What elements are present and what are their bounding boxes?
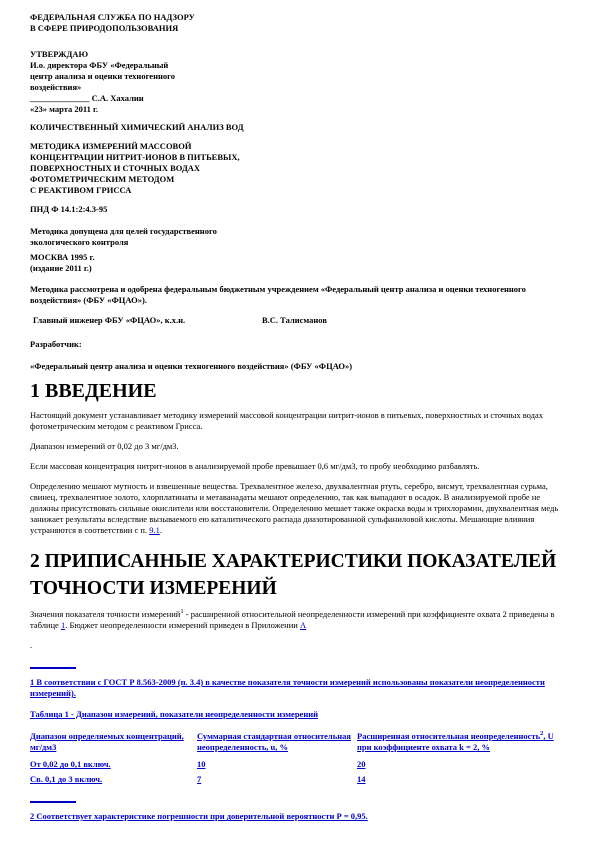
section-1-paragraph-dilution: Если массовая концентрация нитрит-ионов … — [30, 461, 569, 472]
section-1-paragraph-scope: Настоящий документ устанавливает методик… — [30, 410, 569, 432]
table-row-2-U-link[interactable]: 14 — [357, 774, 366, 784]
interferences-period: . — [160, 525, 162, 535]
agency-masthead: ФЕДЕРАЛЬНАЯ СЛУЖБА ПО НАДЗОРУ В СФЕРЕ ПР… — [30, 12, 569, 34]
table-row-2-u-link[interactable]: 7 — [197, 774, 201, 784]
table-row-1-u-link[interactable]: 10 — [197, 759, 206, 769]
table-col2-header: Суммарная стандартная относительная неоп… — [197, 729, 357, 757]
standalone-period: . — [30, 640, 569, 651]
document-page: ФЕДЕРАЛЬНАЯ СЛУЖБА ПО НАДЗОРУ В СФЕРЕ ПР… — [0, 0, 595, 842]
engineer-name: В.С. Талисманов — [262, 315, 327, 326]
agency-line-2: В СФЕРЕ ПРИРОДОПОЛЬЗОВАНИЯ — [30, 23, 569, 34]
table-row-1-U-link[interactable]: 20 — [357, 759, 366, 769]
table-row-1-range-link[interactable]: От 0,02 до 0,1 включ. — [30, 759, 111, 769]
annex-a-link[interactable]: А — [300, 620, 306, 630]
table-row-1-U: 20 — [357, 757, 569, 772]
footnote-2-link[interactable]: 2 Соответствует характеристике погрешнос… — [30, 811, 368, 821]
interferences-text: Определению мешают мутность и взвешенные… — [30, 481, 558, 535]
table-row-2-U: 14 — [357, 772, 569, 787]
title-line-5: С РЕАКТИВОМ ГРИССА — [30, 185, 569, 196]
section-1-heading: 1 ВВЕДЕНИЕ — [30, 379, 569, 403]
footnote-separator-2 — [30, 801, 76, 803]
table-col1-header-link[interactable]: Диапазон определяемых концентраций, мг/д… — [30, 731, 184, 752]
table-row-2-range: Св. 0,1 до 3 включ. — [30, 772, 197, 787]
approval-date: «23» марта 2011 г. — [30, 104, 569, 115]
analysis-type: КОЛИЧЕСТВЕННЫЙ ХИМИЧЕСКИЙ АНАЛИЗ ВОД — [30, 122, 569, 133]
engineer-role: Главный инженер ФБУ «ФЦАО», к.х.н. — [30, 315, 262, 326]
table-row-2-range-link[interactable]: Св. 0,1 до 3 включ. — [30, 774, 102, 784]
table-col2-header-link[interactable]: Суммарная стандартная относительная неоп… — [197, 731, 351, 752]
accuracy-text-c: . Бюджет неопределенности измерений прив… — [65, 620, 300, 630]
table-1-caption: Таблица 1 - Диапазон измерений, показате… — [30, 709, 569, 720]
review-note: Методика рассмотрена и одобрена федераль… — [30, 284, 569, 306]
approval-title: УТВЕРЖДАЮ — [30, 49, 569, 60]
publication-city: МОСКВА 1995 г. — [30, 252, 569, 263]
permission-line-1: Методика допущена для целей государствен… — [30, 226, 569, 237]
approval-line-1: И.о. директора ФБУ «Федеральный — [30, 60, 569, 71]
footnote-1: 1 В соответствии с ГОСТ Р 8.563-2009 (п.… — [30, 677, 569, 699]
engineer-signature-row: Главный инженер ФБУ «ФЦАО», к.х.н. В.С. … — [30, 315, 569, 326]
developer-label: Разработчик: — [30, 339, 569, 350]
approval-block: УТВЕРЖДАЮ И.о. директора ФБУ «Федеральны… — [30, 49, 569, 115]
approval-signature: ______________ С.А. Хахалин — [30, 93, 569, 104]
table-row-2-u: 7 — [197, 772, 357, 787]
table-col3-header-text: Расширенная относительная неопределеннос… — [357, 731, 540, 741]
section-2-heading: 2 ПРИПИСАННЫЕ ХАРАКТЕРИСТИКИ ПОКАЗАТЕЛЕЙ… — [30, 548, 569, 602]
accuracy-text-a: Значения показателя точности измерений — [30, 609, 180, 619]
permission-note: Методика допущена для целей государствен… — [30, 226, 569, 248]
section-2-paragraph-accuracy: Значения показателя точности измерений1 … — [30, 609, 569, 631]
title-line-2: КОНЦЕНТРАЦИИ НИТРИТ-ИОНОВ В ПИТЬЕВЫХ, — [30, 152, 569, 163]
publication-info: МОСКВА 1995 г. (издание 2011 г.) — [30, 252, 569, 274]
table-row-1-u: 10 — [197, 757, 357, 772]
document-title: МЕТОДИКА ИЗМЕРЕНИЙ МАССОВОЙ КОНЦЕНТРАЦИИ… — [30, 141, 569, 196]
section-1-paragraph-range: Диапазон измерений от 0,02 до 3 мг/дм3. — [30, 441, 569, 452]
footnote-2: 2 Соответствует характеристике погрешнос… — [30, 811, 569, 822]
section-1-paragraph-interferences: Определению мешают мутность и взвешенные… — [30, 481, 569, 536]
agency-line-1: ФЕДЕРАЛЬНАЯ СЛУЖБА ПО НАДЗОРУ — [30, 12, 569, 23]
table-col3-header: Расширенная относительная неопределеннос… — [357, 729, 569, 757]
table-1-caption-link[interactable]: Таблица 1 - Диапазон измерений, показате… — [30, 709, 318, 719]
table-1: Диапазон определяемых концентраций, мг/д… — [30, 729, 569, 787]
permission-line-2: экологического контроля — [30, 237, 569, 248]
document-code: ПНД Ф 14.1:2:4.3-95 — [30, 204, 569, 215]
developer-name: «Федеральный центр анализа и оценки техн… — [30, 361, 569, 372]
table-col3-header-link[interactable]: Расширенная относительная неопределеннос… — [357, 731, 554, 752]
title-line-4: ФОТОМЕТРИЧЕСКИМ МЕТОДОМ — [30, 174, 569, 185]
publication-edition: (издание 2011 г.) — [30, 263, 569, 274]
footnote-separator-1 — [30, 667, 76, 669]
table-row-1-range: От 0,02 до 0,1 включ. — [30, 757, 197, 772]
table-col1-header: Диапазон определяемых концентраций, мг/д… — [30, 729, 197, 757]
approval-line-2: центр анализа и оценки техногенного — [30, 71, 569, 82]
clause-9-1-link[interactable]: 9.1 — [149, 525, 160, 535]
footnote-1-link[interactable]: 1 В соответствии с ГОСТ Р 8.563-2009 (п.… — [30, 677, 545, 698]
title-line-1: МЕТОДИКА ИЗМЕРЕНИЙ МАССОВОЙ — [30, 141, 569, 152]
approval-line-3: воздействия» — [30, 82, 569, 93]
title-line-3: ПОВЕРХНОСТНЫХ И СТОЧНЫХ ВОДАХ — [30, 163, 569, 174]
